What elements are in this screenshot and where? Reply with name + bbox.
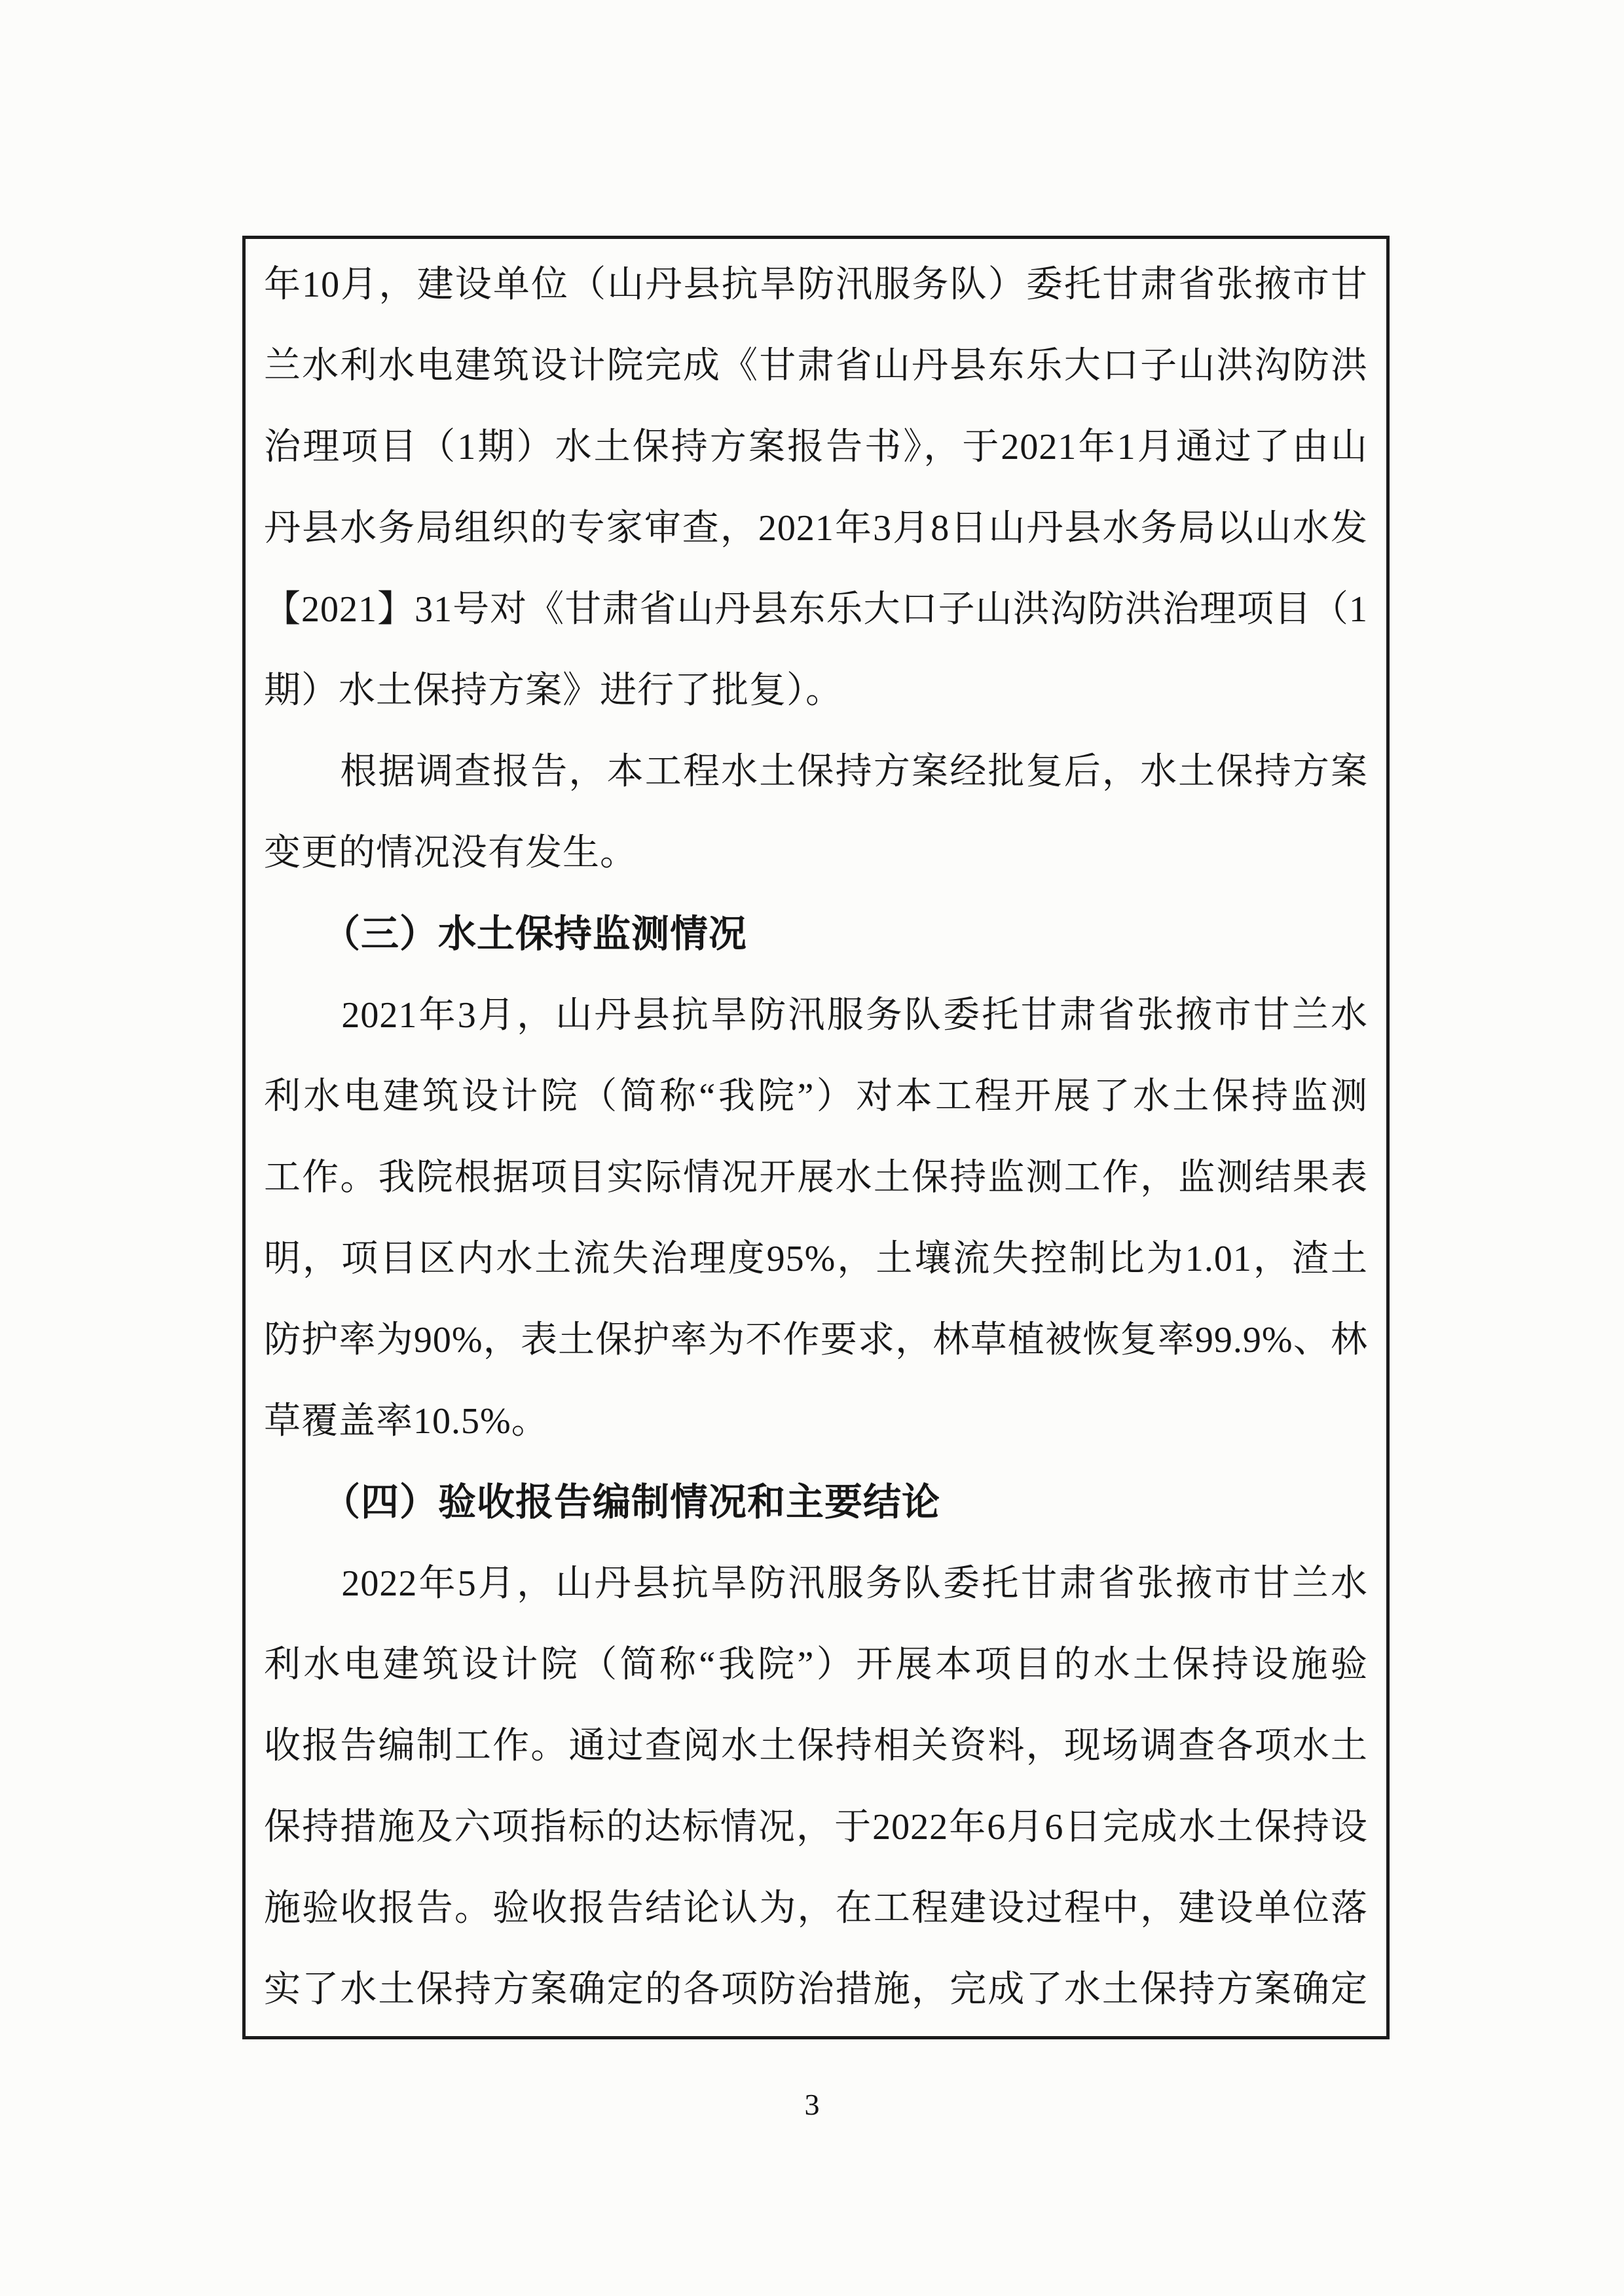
text-line: 明，项目区内水土流失治理度95%，土壤流失控制比为1.01，渣土 <box>264 1218 1368 1300</box>
section-heading-4: （四）验收报告编制情况和主要结论 <box>264 1462 1368 1543</box>
text-line: 【2021】31号对《甘肃省山丹县东乐大口子山洪沟防洪治理项目（1 <box>264 569 1368 650</box>
text-line: 兰水利水电建筑设计院完成《甘肃省山丹县东乐大口子山洪沟防洪 <box>264 325 1368 407</box>
text-line: 丹县水务局组织的专家审查，2021年3月8日山丹县水务局以山水发 <box>264 488 1368 569</box>
page-number: 3 <box>0 2087 1624 2122</box>
text-line: 2022年5月，山丹县抗旱防汛服务队委托甘肃省张掖市甘兰水 <box>264 1543 1368 1624</box>
text-line: 利水电建筑设计院（简称“我院”）对本工程开展了水土保持监测 <box>264 1056 1368 1137</box>
text-line: 收报告编制工作。通过查阅水土保持相关资料，现场调查各项水土 <box>264 1705 1368 1787</box>
text-line: 治理项目（1期）水土保持方案报告书》，于2021年1月通过了由山 <box>264 407 1368 488</box>
content-border-box: 年10月，建设单位（山丹县抗旱防汛服务队）委托甘肃省张掖市甘 兰水利水电建筑设计… <box>242 236 1390 2039</box>
text-line: 防护率为90%，表土保护率为不作要求，林草植被恢复率99.9%、林 <box>264 1300 1368 1381</box>
section-heading-3: （三）水土保持监测情况 <box>264 894 1368 975</box>
text-line: 施验收报告。验收报告结论认为，在工程建设过程中，建设单位落 <box>264 1868 1368 1949</box>
document-page: 年10月，建设单位（山丹县抗旱防汛服务队）委托甘肃省张掖市甘 兰水利水电建筑设计… <box>0 0 1624 2296</box>
text-line: 利水电建筑设计院（简称“我院”）开展本项目的水土保持设施验 <box>264 1624 1368 1705</box>
text-line: 保持措施及六项指标的达标情况，于2022年6月6日完成水土保持设 <box>264 1787 1368 1868</box>
text-line: 草覆盖率10.5%。 <box>264 1381 1368 1462</box>
text-line: 年10月，建设单位（山丹县抗旱防汛服务队）委托甘肃省张掖市甘 <box>264 244 1368 325</box>
text-line: 根据调查报告，本工程水土保持方案经批复后，水土保持方案 <box>264 731 1368 812</box>
text-line: 工作。我院根据项目实际情况开展水土保持监测工作，监测结果表 <box>264 1137 1368 1218</box>
text-line: 变更的情况没有发生。 <box>264 812 1368 894</box>
text-line: 实了水土保持方案确定的各项防治措施，完成了水土保持方案确定 <box>264 1949 1368 2030</box>
text-line: 期）水土保持方案》进行了批复）。 <box>264 650 1368 731</box>
text-line: 2021年3月，山丹县抗旱防汛服务队委托甘肃省张掖市甘兰水 <box>264 975 1368 1056</box>
